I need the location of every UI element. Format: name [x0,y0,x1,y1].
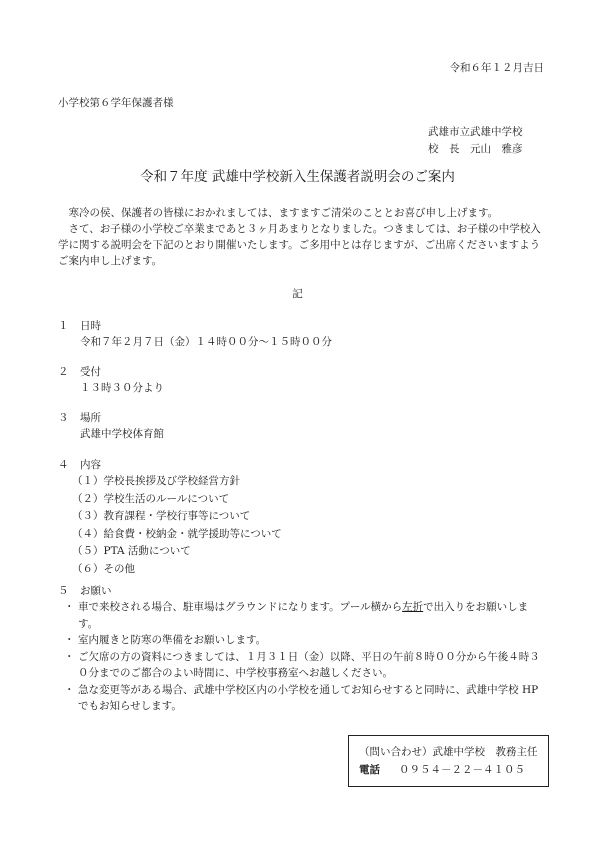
section-content-heading: ４内容 [58,457,101,473]
section-datetime-value: 令和７年２月７日（金）１４時００分～１５時００分 [80,334,332,350]
left-turn-emphasis: 左折 [402,601,423,613]
request-indoor-shoes: 室内履きと防寒の準備をお願いします。 [66,632,546,649]
content-item: （４）給食費・校納金・就学援助等について [72,526,282,544]
section-number: ４ [58,457,80,473]
section-reception-heading: ２受付 [58,364,101,380]
greeting-paragraph: 寒冷の侯、保護者の皆様におかれましては、ますますご清栄のこととお喜び申し上げます… [58,205,543,221]
request-changes-notice: 急な変更等がある場合、武雄中学校区内の小学校を通してお知らせすると同時に、武雄中… [66,682,546,715]
section-label: お願い [80,585,112,597]
section-label: 受付 [80,366,101,378]
content-item: （１）学校長挨拶及び学校経営方針 [72,473,282,491]
sender-org: 武雄市立武雄中学校 [428,124,523,141]
contact-line: （問い合わせ）武雄中学校 教務主任 [359,743,548,761]
section-datetime-heading: １日時 [58,318,101,334]
addressee: 小学校第６学年保護者様 [58,95,174,111]
intro-paragraph: さて、お子様の小学校ご卒業まであと３ヶ月あまりとなりました。つきましては、お子様… [58,221,543,269]
section-label: 場所 [80,412,101,424]
section-number: １ [58,318,80,334]
sender-block: 武雄市立武雄中学校 校 長 元山 雅彦 [428,124,523,158]
section-venue-value: 武雄中学校体育館 [80,426,164,442]
body-text: 寒冷の侯、保護者の皆様におかれましては、ますますご清栄のこととお喜び申し上げます… [58,205,543,269]
section-number: ５ [58,583,80,599]
requests-list: 車で来校される場合、駐車場はグラウンドになります。プール横から左折で出入りをお願… [66,599,546,715]
section-label: 日時 [80,320,101,332]
ki-heading: 記 [0,286,595,302]
section-number: ２ [58,364,80,380]
document-title: 令和７年度 武雄中学校新入生保護者説明会のご案内 [0,169,595,185]
phone-number: ０９５４－２２－４１０５ [399,764,525,776]
request-absent-materials: ご欠席の方の資料につきましては、１月３１日（金）以降、平日の午前８時００分から午… [66,649,546,682]
content-item: （６）その他 [72,561,282,579]
request-parking: 車で来校される場合、駐車場はグラウンドになります。プール横から左折で出入りをお願… [66,599,546,632]
section-reception-value: １３時３０分より [80,380,164,396]
phone-label: 電話 [359,761,399,779]
contact-phone: 電話０９５４－２２－４１０５ [359,761,548,779]
section-venue-heading: ３場所 [58,410,101,426]
section-requests-heading: ５お願い [58,583,112,599]
sender-name: 校 長 元山 雅彦 [428,141,523,158]
content-item: （２）学校生活のルールについて [72,491,282,509]
section-label: 内容 [80,459,101,471]
issue-date: 令和６年１２月吉日 [450,60,545,76]
section-number: ３ [58,410,80,426]
contact-box: （問い合わせ）武雄中学校 教務主任 電話０９５４－２２－４１０５ [348,735,549,787]
content-item: （５）PTA 活動について [72,543,282,561]
content-list: （１）学校長挨拶及び学校経営方針 （２）学校生活のルールについて （３）教育課程… [72,473,282,578]
content-item: （３）教育課程・学校行事等について [72,508,282,526]
